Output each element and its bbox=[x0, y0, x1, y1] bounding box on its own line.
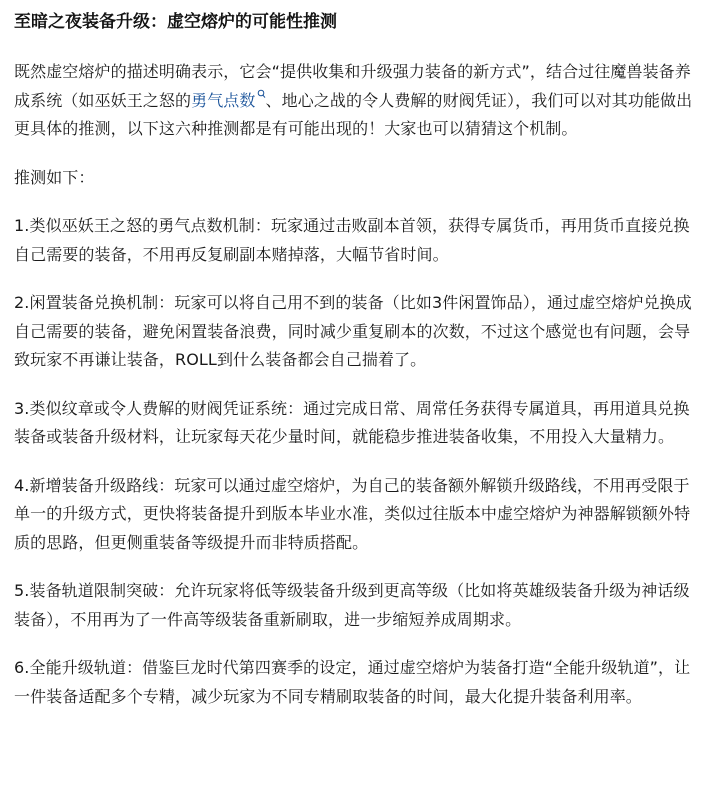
speculation-item-6: 6.全能升级轨道：借鉴巨龙时代第四赛季的设定，通过虚空熔炉为装备打造“全能升级轨… bbox=[14, 654, 695, 711]
courage-points-link[interactable]: 勇气点数 bbox=[191, 91, 265, 110]
speculation-item-1: 1.类似巫妖王之怒的勇气点数机制：玩家通过击败副本首领，获得专属货币，再用货币直… bbox=[14, 212, 695, 269]
speculation-item-2: 2.闲置装备兑换机制：玩家可以将自己用不到的装备（比如3件闲置饰品），通过虚空熔… bbox=[14, 289, 695, 375]
article: 至暗之夜装备升级：虚空熔炉的可能性推测 既然虚空熔炉的描述明确表示，它会“提供收… bbox=[0, 0, 709, 711]
speculation-item-4: 4.新增装备升级路线：玩家可以通过虚空熔炉，为自己的装备额外解锁升级路线，不用再… bbox=[14, 472, 695, 558]
search-icon bbox=[257, 89, 266, 101]
link-text: 勇气点数 bbox=[191, 91, 255, 110]
article-title: 至暗之夜装备升级：虚空熔炉的可能性推测 bbox=[14, 10, 695, 34]
intro-paragraph: 既然虚空熔炉的描述明确表示，它会“提供收集和升级强力装备的新方式”，结合过往魔兽… bbox=[14, 58, 695, 144]
speculation-item-5: 5.装备轨道限制突破：允许玩家将低等级装备升级到更高等级（比如将英雄级装备升级为… bbox=[14, 577, 695, 634]
speculation-item-3: 3.类似纹章或令人费解的财阀凭证系统：通过完成日常、周常任务获得专属道具，再用道… bbox=[14, 395, 695, 452]
list-heading: 推测如下： bbox=[14, 164, 695, 193]
